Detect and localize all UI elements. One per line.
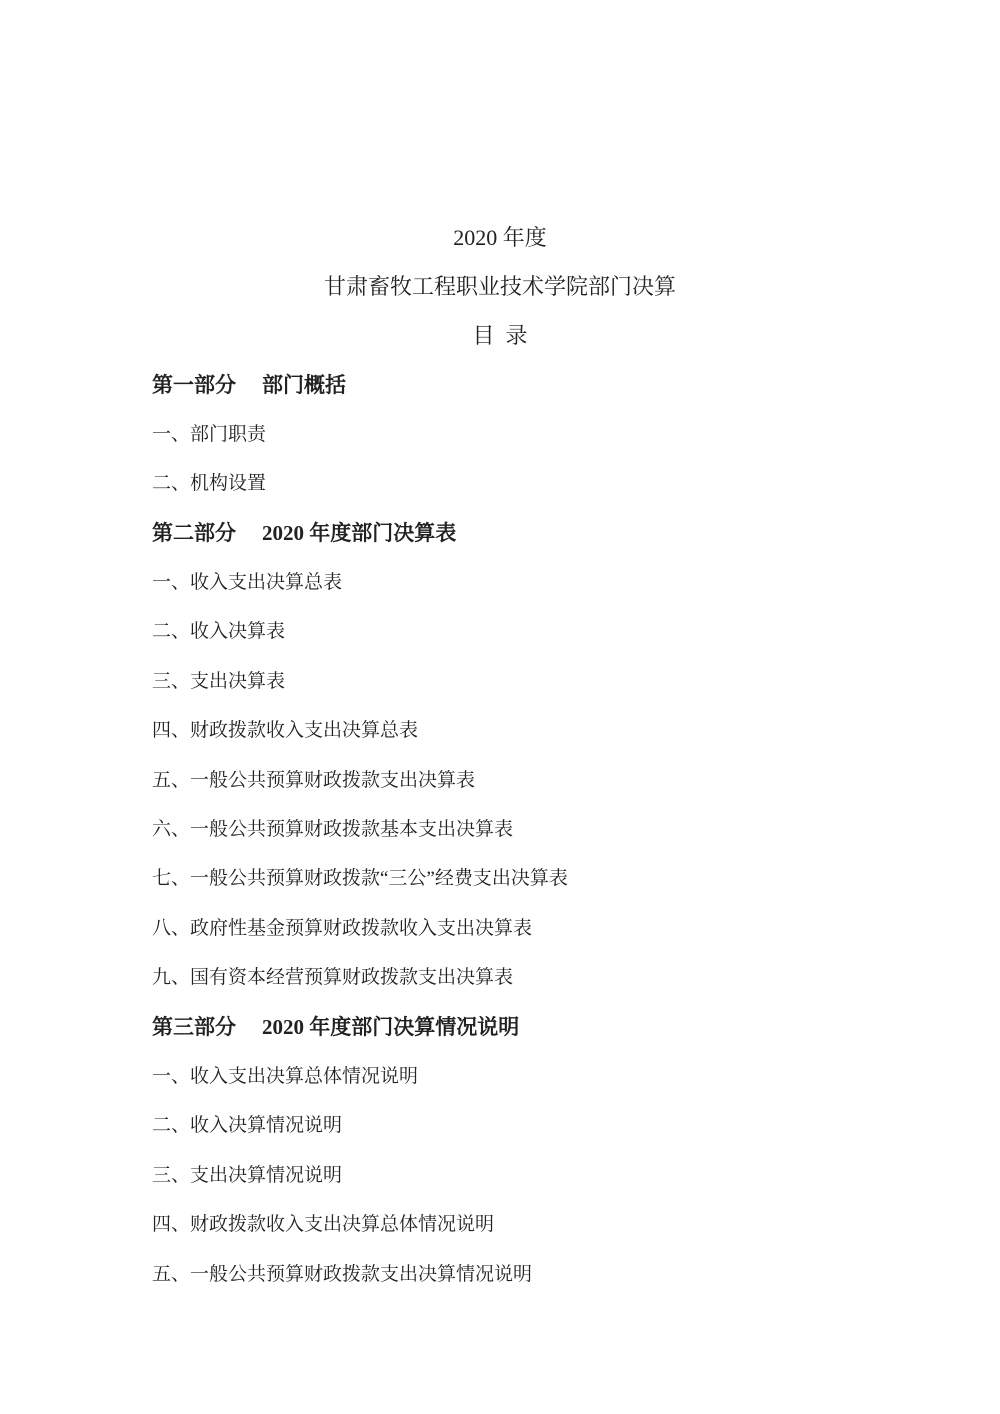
toc-item: 一、部门职责 <box>152 411 848 460</box>
toc-section-label: 第一部分 <box>152 373 236 398</box>
toc-section-title: 部门概括 <box>262 373 346 398</box>
toc-item: 二、收入决算表 <box>152 608 848 657</box>
toc-item: 八、政府性基金预算财政拨款收入支出决算表 <box>152 904 848 953</box>
toc-section-title: 2020 年度部门决算情况说明 <box>262 1015 519 1040</box>
toc-heading: 目 录 <box>152 312 848 361</box>
toc-item: 二、收入决算情况说明 <box>152 1102 848 1151</box>
toc-item: 五、一般公共预算财政拨款支出决算表 <box>152 756 848 805</box>
doc-year-line: 2020 年度 <box>152 213 848 262</box>
toc-section-title: 2020 年度部门决算表 <box>262 521 456 546</box>
toc-item: 二、机构设置 <box>152 460 848 509</box>
toc-item: 四、财政拨款收入支出决算总体情况说明 <box>152 1201 848 1250</box>
toc-section-label: 第二部分 <box>152 521 236 546</box>
toc-section-1: 第一部分 部门概括 <box>152 361 848 410</box>
toc-section-2: 第二部分 2020 年度部门决算表 <box>152 509 848 558</box>
toc-item: 一、收入支出决算总表 <box>152 559 848 608</box>
document-page: 2020 年度 甘肃畜牧工程职业技术学院部门决算 目 录 第一部分 部门概括 一… <box>0 0 1000 1414</box>
toc-section-3: 第三部分 2020 年度部门决算情况说明 <box>152 1003 848 1052</box>
toc-item: 四、财政拨款收入支出决算总表 <box>152 707 848 756</box>
toc-item: 一、收入支出决算总体情况说明 <box>152 1053 848 1102</box>
toc-item: 六、一般公共预算财政拨款基本支出决算表 <box>152 806 848 855</box>
toc-item: 三、支出决算情况说明 <box>152 1151 848 1200</box>
toc-item: 五、一般公共预算财政拨款支出决算情况说明 <box>152 1250 848 1299</box>
toc-item: 三、支出决算表 <box>152 658 848 707</box>
toc-item: 九、国有资本经营预算财政拨款支出决算表 <box>152 954 848 1003</box>
toc-item: 七、一般公共预算财政拨款“三公”经费支出决算表 <box>152 855 848 904</box>
doc-title: 甘肃畜牧工程职业技术学院部门决算 <box>152 262 848 311</box>
toc-section-label: 第三部分 <box>152 1015 236 1040</box>
